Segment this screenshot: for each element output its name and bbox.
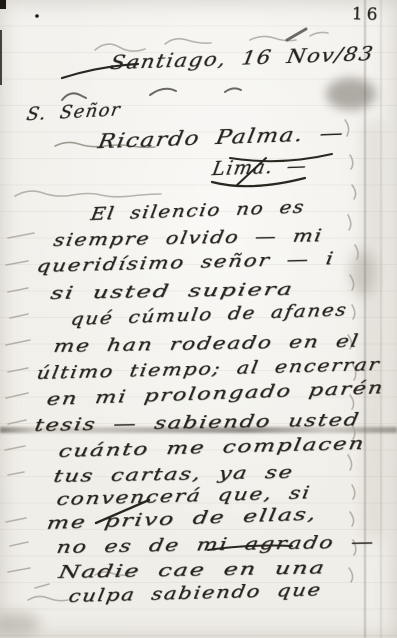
vertical-fold-line	[380, 0, 382, 638]
body-line: en mi prolongado parén	[45, 380, 385, 409]
body-line: tesis — sabiendo usted	[33, 412, 361, 435]
page-number: 16	[351, 6, 381, 24]
body-line: siempre olvido — mi	[52, 228, 324, 250]
body-line: si usted supiera	[49, 282, 295, 303]
body-line: queridísimo señor — i	[35, 251, 336, 276]
addressee-title: S. Señor	[25, 101, 122, 124]
letter-page: 16 Santiago, 16 Nov/83 S. Señor Ricardo …	[0, 0, 397, 638]
body-line: tus cartas, ya se	[52, 465, 295, 486]
body-line: no es de mi agrado —	[55, 534, 376, 557]
body-line: me han rodeado en el	[52, 334, 361, 356]
addressee-city: Lima. —	[211, 157, 309, 179]
dateline: Santiago, 16 Nov/83	[109, 45, 376, 73]
body-line: me privo de ellas,	[45, 507, 318, 534]
body-line: Nadie cae en una	[57, 560, 327, 582]
scan-edge-artifact	[0, 0, 39, 85]
body-line: El silencio no es	[89, 200, 306, 225]
bleedthrough-haze	[362, 120, 384, 540]
body-line: cuánto me complacen	[57, 436, 366, 461]
body-line: culpa sabiendo que	[67, 582, 323, 606]
ink-smudge	[350, 250, 376, 296]
body-line: qué cúmulo de afanes	[69, 302, 348, 329]
addressee-name: Ricardo Palma. —	[96, 122, 346, 151]
ink-smudge	[326, 78, 376, 110]
ink-smudge	[0, 612, 40, 636]
